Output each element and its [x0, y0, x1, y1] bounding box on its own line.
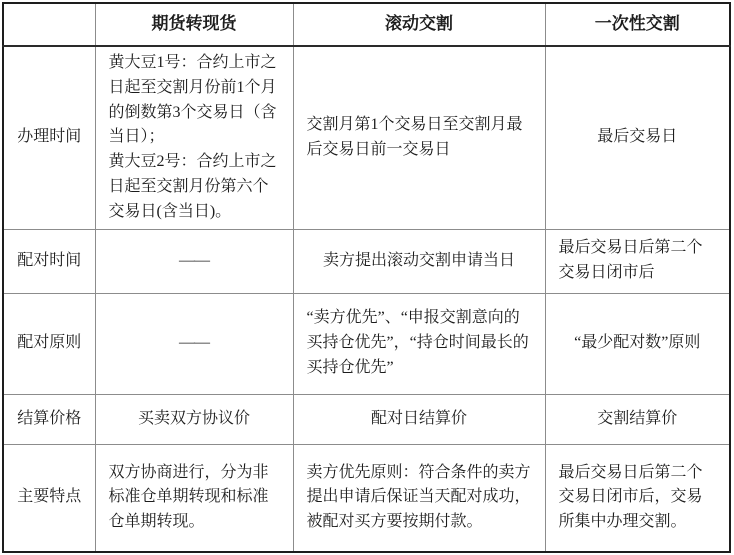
- table-cell: 交割月第1个交易日至交割月最后交易日前一交易日: [293, 46, 545, 229]
- row-label-handling-time: 办理时间: [3, 46, 95, 229]
- table-cell: “最少配对数”原则: [545, 293, 730, 394]
- table-cell: 最后交易日后第二个交易日闭市后，交易所集中办理交割。: [545, 444, 730, 552]
- header-row: 期货转现货 滚动交割 一次性交割: [3, 3, 730, 46]
- table-cell: 双方协商进行，分为非标准仓单期转现和标准仓单期转现。: [95, 444, 293, 552]
- column-header-one-time-delivery: 一次性交割: [545, 3, 730, 46]
- table-cell: ——: [95, 229, 293, 293]
- row-label-pairing-principle: 配对原则: [3, 293, 95, 394]
- table-cell: 买卖双方协议价: [95, 394, 293, 444]
- table-cell: 最后交易日后第二个交易日闭市后: [545, 229, 730, 293]
- row-label-main-features: 主要特点: [3, 444, 95, 552]
- document-page: 期货转现货 滚动交割 一次性交割 办理时间 黄大豆1号：合约上市之日起至交割月份…: [0, 0, 734, 555]
- table-cell: ——: [95, 293, 293, 394]
- table-row-pairing-time: 配对时间 —— 卖方提出滚动交割申请当日 最后交易日后第二个交易日闭市后: [3, 229, 730, 293]
- row-label-pairing-time: 配对时间: [3, 229, 95, 293]
- table-row-pairing-principle: 配对原则 —— “卖方优先”、“申报交割意向的买持仓优先”，“持仓时间最长的买持…: [3, 293, 730, 394]
- column-header-futures-to-spot: 期货转现货: [95, 3, 293, 46]
- table-cell: 卖方提出滚动交割申请当日: [293, 229, 545, 293]
- corner-cell: [3, 3, 95, 46]
- table-cell: 黄大豆1号：合约上市之日起至交割月份前1个月的倒数第3个交易日（含当日）； 黄大…: [95, 46, 293, 229]
- table-cell: “卖方优先”、“申报交割意向的买持仓优先”，“持仓时间最长的买持仓优先”: [293, 293, 545, 394]
- table-cell: 最后交易日: [545, 46, 730, 229]
- table-row-main-features: 主要特点 双方协商进行，分为非标准仓单期转现和标准仓单期转现。 卖方优先原则：符…: [3, 444, 730, 552]
- table-cell: 配对日结算价: [293, 394, 545, 444]
- column-header-rolling-delivery: 滚动交割: [293, 3, 545, 46]
- row-label-settlement-price: 结算价格: [3, 394, 95, 444]
- table-row-handling-time: 办理时间 黄大豆1号：合约上市之日起至交割月份前1个月的倒数第3个交易日（含当日…: [3, 46, 730, 229]
- table-row-settlement-price: 结算价格 买卖双方协议价 配对日结算价 交割结算价: [3, 394, 730, 444]
- table-cell: 交割结算价: [545, 394, 730, 444]
- table-cell: 卖方优先原则：符合条件的卖方提出申请后保证当天配对成功，被配对买方要按期付款。: [293, 444, 545, 552]
- delivery-comparison-table: 期货转现货 滚动交割 一次性交割 办理时间 黄大豆1号：合约上市之日起至交割月份…: [2, 2, 731, 553]
